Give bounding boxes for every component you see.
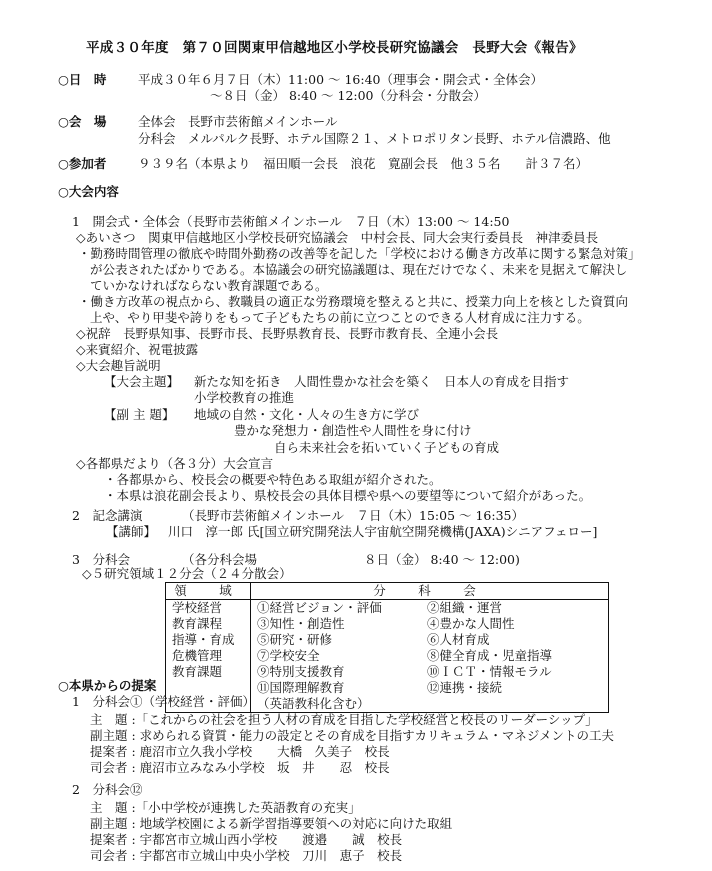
theme-line2: 小学校教育の推進 [194,390,294,406]
proposal2-proposer: 提案者 : 宇都宮市立城山西小学校 渡邉 誠 校長 [90,832,402,848]
subcommittee-4: ④豊かな人間性 [427,616,515,632]
subtheme-line3: 自ら未来社会を拓いていく子どもの育成 [274,440,499,456]
section1-title: 1 開会式・全体会（長野市芸術館メインホール ７日（木）13:00 ～ 14:5… [72,214,509,230]
subcommittee-11: ⑪国際理解教育 [257,680,427,696]
bullet2-line2: 上や、やり甲斐や誇りをもって子どもたちの前に立つことのできる人材育成に注力する。 [90,310,590,326]
subtheme-line2: 豊かな発想力・創造性や人間性を身に付け [234,423,472,439]
proposal1-theme: 主 題 :「これからの社会を担う人材の育成を目指した学校経営と校長のリーダーシッ… [90,712,598,728]
subtheme-line1: 地域の自然・文化・人々の生き方に学び [194,407,419,423]
purpose: ◇大会趣旨説明 [76,358,161,374]
subcommittee-5: ⑤研究・研修 [257,632,427,648]
venue-label: ○会 場 [58,114,106,130]
proposal2-title: 2 分科会⑫ [72,782,142,798]
venue-line1: 全体会 長野市芸術館メインホール [138,114,338,130]
area-item: 学校経営 [172,600,244,616]
participants-label: ○参加者 [58,156,106,172]
subcommittee-10: ⑩ＩＣＴ・情報モラル [427,664,552,680]
proposal1-proposer: 提案者 : 鹿沼市立久我小学校 大橋 久美子 校長 [90,744,390,760]
section2-place: （長野市芸術館メインホール ７日（木）15:05 ～ 16:35） [182,508,524,524]
proposal2-chair: 司会者 : 宇都宮市立城山中央小学校 刀川 恵子 校長 [90,848,402,864]
datetime-line1: 平成３０年６月７日（木）11:00 ～ 16:40（理事会・開会式・全体会） [138,72,543,88]
proposal1-subtheme: 副主題 : 求められる資質・能力の設定とその育成を目指すカリキュラム・マネジメン… [90,728,614,744]
table-row: （英語教科化含む） [257,696,602,712]
area-item: 危機管理 [172,648,244,664]
area-item: 教育課題 [172,664,244,680]
subcommittee-11-note: （英語教科化含む） [257,696,427,712]
subcommittees-cell: ①経営ビジョン・評価②組織・運営 ③知性・創造性④豊かな人間性 ⑤研究・研修⑥人… [251,600,609,713]
subcommittee-2: ②組織・運営 [427,600,502,616]
table-row: ⑨特別支援教育⑩ＩＣＴ・情報モラル [257,664,602,680]
table-row: ⑦学校安全⑧健全育成・児童指導 [257,648,602,664]
bullet1-line1: ・勤務時間管理の徹底や時間外勤務の改善等を記した「学校における働き方改革に関する… [78,246,641,262]
prefectures-report: ◇各都県だより（各３分）大会宣言 [76,456,273,472]
table-row: ①経営ビジョン・評価②組織・運営 [257,600,602,616]
proposal1-title: 1 分科会①（学校経営・評価） [72,694,255,710]
proposal1-chair: 司会者 : 鹿沼市立みなみ小学校 坂 井 忍 校長 [90,760,390,776]
proposals-heading: ○本県からの提案 [58,678,156,694]
venue-line2: 分科会 メルパルク長野、ホテル国際２１、メトロポリタン長野、ホテル信濃路、他 [138,131,611,147]
area-item: 教育課程 [172,616,244,632]
datetime-label: ○日 時 [58,72,106,88]
subtheme-label: 【副 主 題】 [104,407,174,423]
subcommittee-1: ①経営ビジョン・評価 [257,600,427,616]
bullet1-line2: が公表されたばかりである。本協議会の研究協議題は、現在だけでなく、未来を見据えて… [90,262,627,278]
theme-label: 【大会主題】 [104,374,179,390]
subcommittee-6: ⑥人材育成 [427,632,490,648]
area-item: 指導・育成 [172,632,244,648]
section2-title: 2 記念講演 [72,508,142,524]
greeting: ◇あいさつ 関東甲信越地区小学校長研究協議会 中村会長、同大会実行委員長 神津委… [76,230,598,246]
subcommittee-12: ⑫連携・接続 [427,680,502,696]
subcommittee-3: ③知性・創造性 [257,616,427,632]
theme-line1: 新たな知を拓き 人間性豊かな社会を築く 日本人の育成を目指す [194,374,569,390]
lecturer: 川口 淳一郎 氏[国立研究開発法人宇宙航空開発機構(JAXA)シニアフェロー] [168,524,597,540]
table-header-area: 領 域 [166,583,251,600]
prefectures-bullet1: ・各都県から、校長会の概要や特色ある取組が紹介された。 [104,472,442,488]
subcommittee-7: ⑦学校安全 [257,648,427,664]
subcommittee-9: ⑨特別支援教育 [257,664,427,680]
bullet2-line1: ・働き方改革の視点から、教職員の適正な労務環境を整えると共に、授業力向上を核とし… [78,294,628,310]
contents-heading: ○大会内容 [58,184,119,200]
proposal2-theme: 主 題 :「小中学校が連携した英語教育の充実」 [90,800,361,816]
page-title: 平成３０年度 第７０回関東甲信越地区小学校長研究協議会 長野大会《報告》 [86,40,583,56]
proposal2-subtheme: 副主題 : 地域学校園による新学習指導要領への対応に向けた取組 [90,816,452,832]
datetime-line2: ～８日（金） 8:40 ～ 12:00（分科会・分散会） [210,88,486,104]
table-row: ⑪国際理解教育⑫連携・接続 [257,680,602,696]
participants-text: ９３９名（本県より 福田順一会長 浪花 寛副会長 他３５名 計３７名） [138,156,588,172]
section3-time: ８日（金） 8:40 ～ 12:00) [364,552,520,568]
section3-summary: ◇５研究領域１２分会（２４分散会） [82,566,292,582]
prefectures-bullet2: ・本県は浪花副会長より、県校長会の具体目標や県への要望等について紹介があった。 [104,488,591,504]
table-header-subcommittee: 分 科 会 [251,583,609,600]
bullet1-line3: ていかなければならない教育課題である。 [90,278,328,294]
guests: ◇来賓紹介、祝電披露 [76,342,198,358]
lecturer-label: 【講師】 [106,524,156,540]
table-row: ③知性・創造性④豊かな人間性 [257,616,602,632]
table-row: ⑤研究・研修⑥人材育成 [257,632,602,648]
subcommittee-8: ⑧健全育成・児童指導 [427,648,552,664]
congratulations: ◇祝辞 長野県知事、長野市長、長野県教育長、長野市教育長、全連小会長 [76,326,498,342]
